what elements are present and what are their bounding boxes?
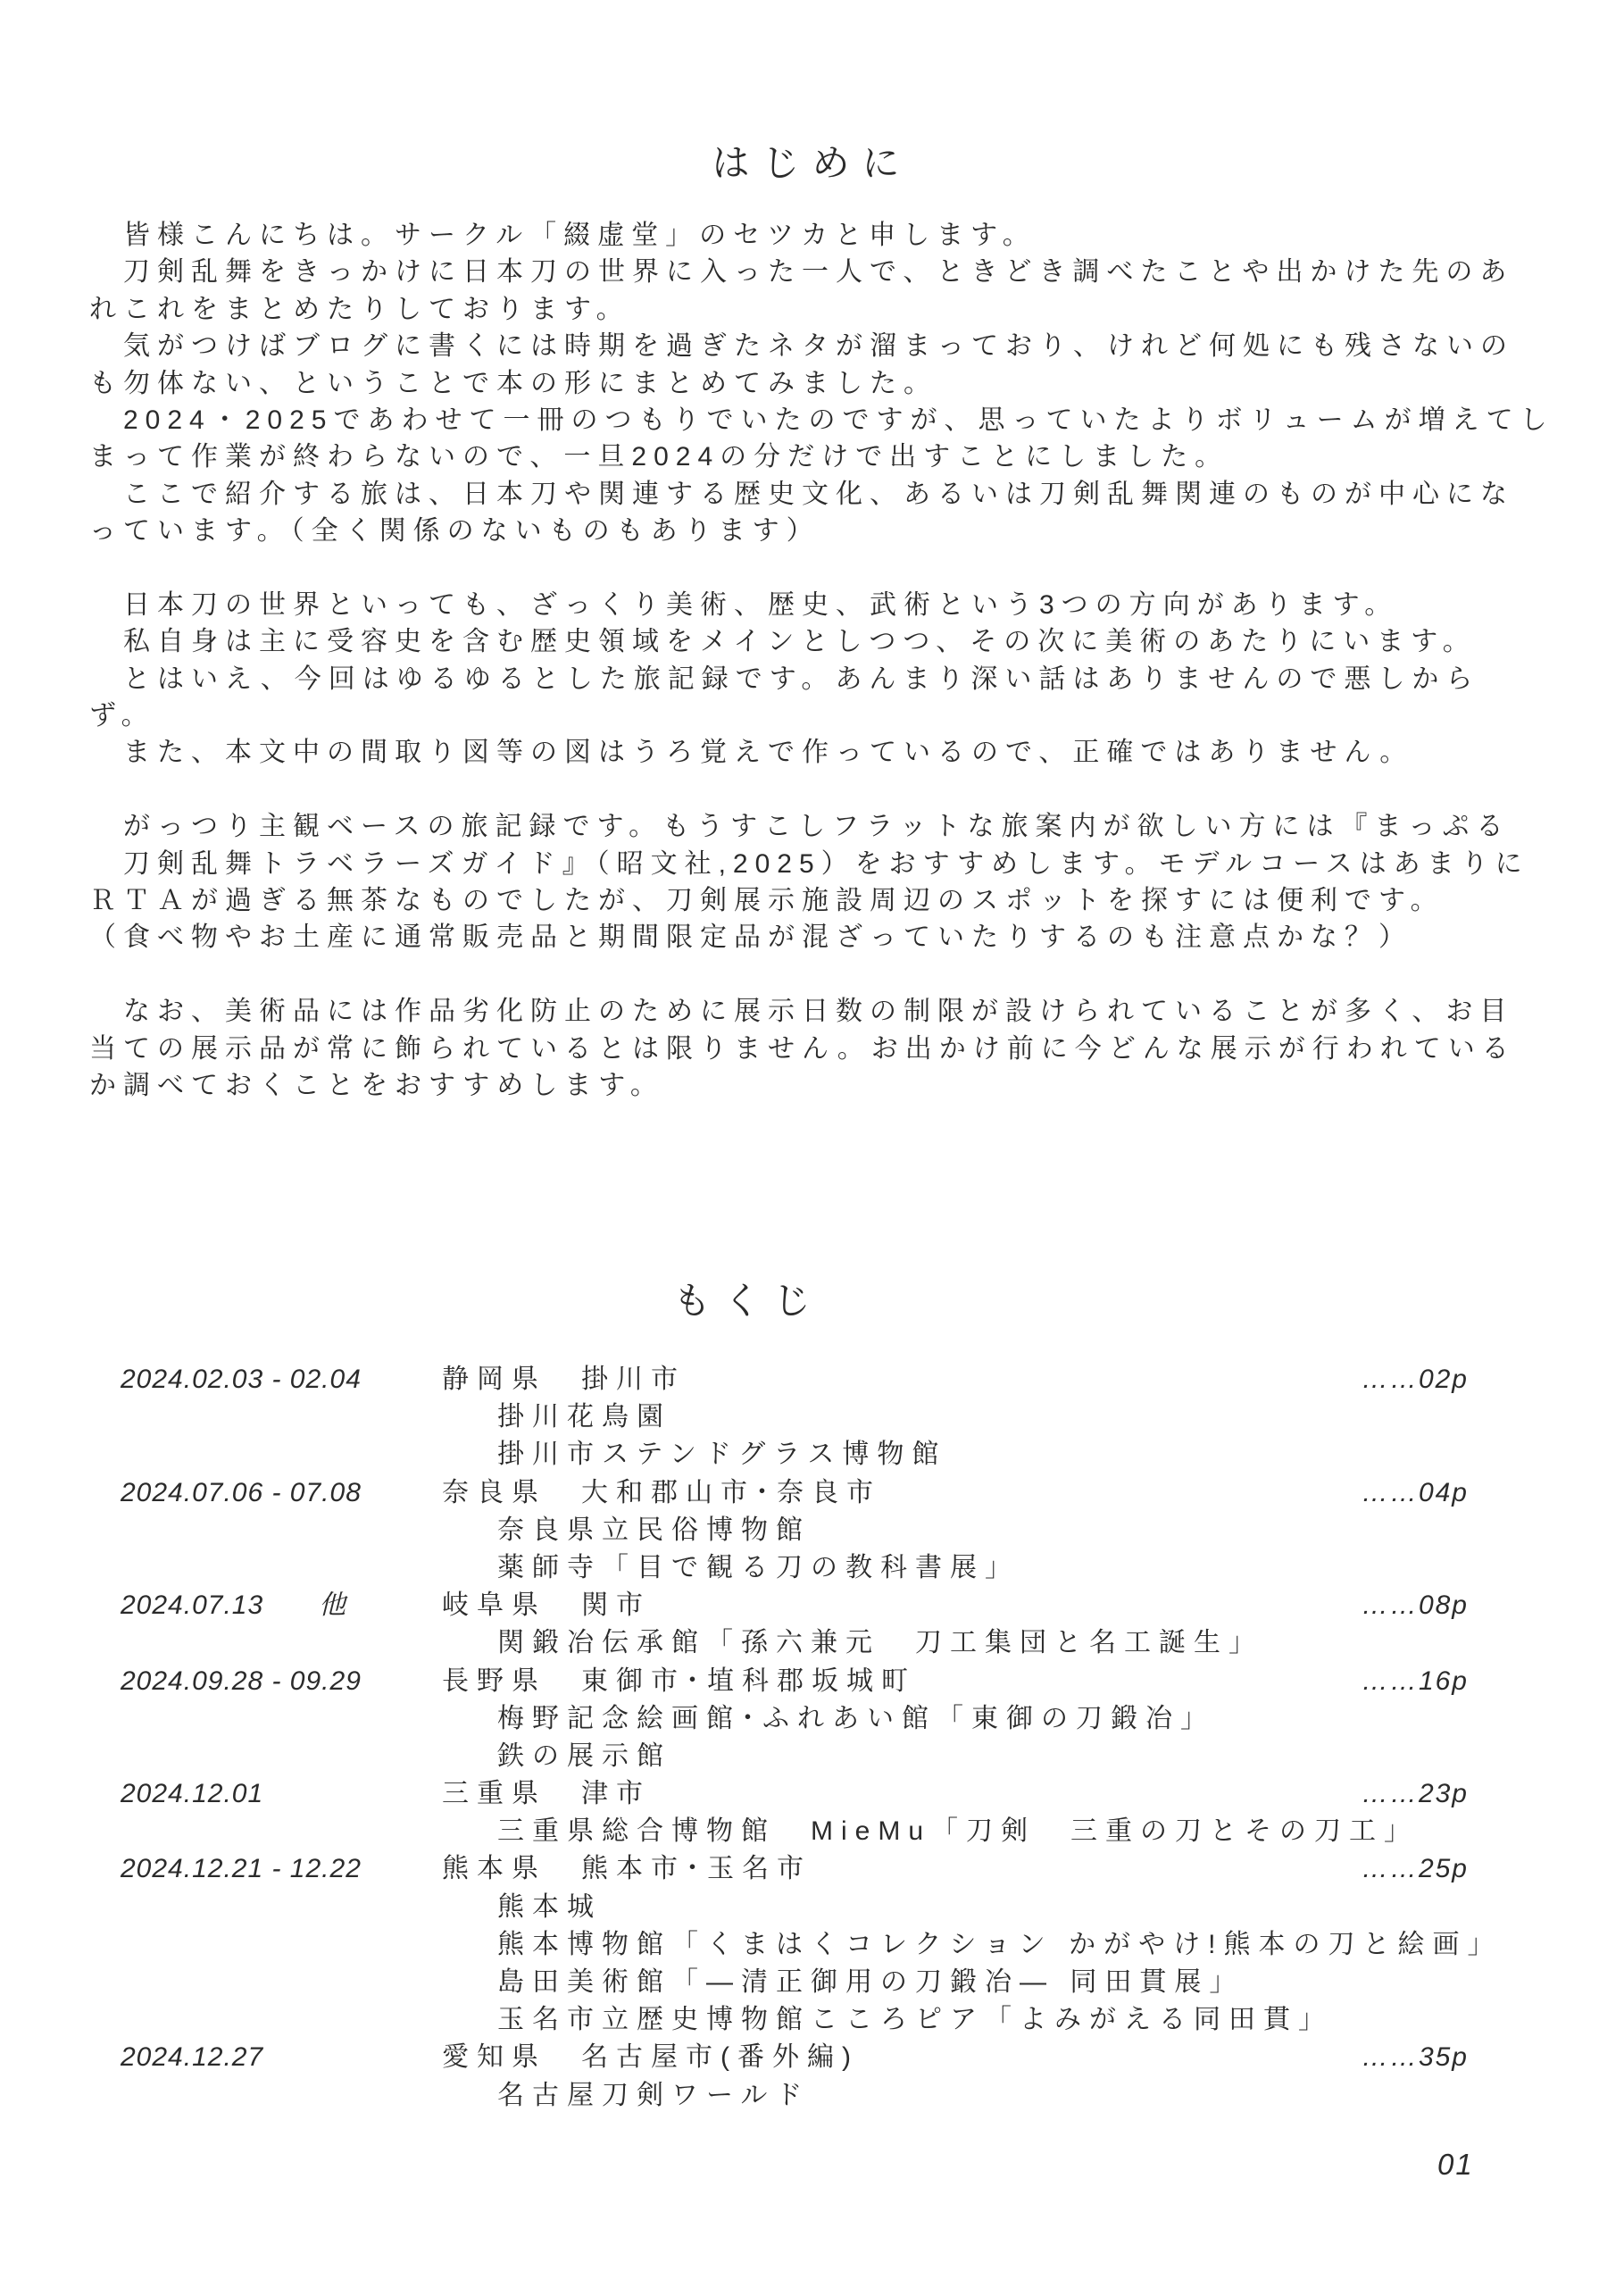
- toc-sub-row: 島田美術館「―清正御用の刀鍛冶― 同田貫展」: [0, 1964, 1624, 2001]
- toc-entry-place: 長野県 東御市･埴科郡坂城町: [442, 1663, 916, 1700]
- toc-entry-date: 2024.02.03 - 02.04: [121, 1361, 362, 1398]
- toc-entry-place: 奈良県 大和郡山市･奈良市: [442, 1474, 881, 1512]
- toc-entry-row: 2024.09.28 - 09.29長野県 東御市･埴科郡坂城町……16p: [0, 1663, 1624, 1700]
- intro-blank-line: [89, 956, 1571, 993]
- toc-sub-item: 名古屋刀剣ワールド: [497, 2077, 810, 2115]
- intro-line: も勿体ない、ということで本の形にまとめてみました。: [89, 365, 1571, 402]
- toc-sub-row: 熊本博物館「くまはくコレクション かがやけ!熊本の刀と絵画」: [0, 1926, 1624, 1964]
- toc-entry-row: 2024.02.03 - 02.04静岡県 掛川市……02p: [0, 1361, 1624, 1398]
- toc-sub-item: 奈良県立民俗博物館: [497, 1512, 811, 1549]
- toc-title: もくじ: [0, 1272, 1496, 1325]
- toc-entry-date: 2024.12.01: [121, 1775, 263, 1813]
- intro-line: 私自身は主に受容史を含む歴史領域をメインとしつつ、その次に美術のあたりにいます。: [89, 623, 1571, 660]
- toc-sub-item: 梅野記念絵画館･ふれあい館「東御の刀鍛冶」: [497, 1700, 1215, 1738]
- intro-line: 刀剣乱舞トラベラーズガイド』（昭文社,2025）をおすすめします。モデルコースは…: [89, 846, 1571, 882]
- toc-sub-row: 奈良県立民俗博物館: [0, 1512, 1624, 1549]
- toc-sub-item: 熊本城: [497, 1889, 602, 1926]
- intro-line: とはいえ、今回はゆるゆるとした旅記録です。あんまり深い話はありませんので悪しから: [89, 661, 1571, 697]
- toc-sub-row: 薬師寺「目で観る刀の教科書展」: [0, 1549, 1624, 1587]
- intro-line: ず。: [89, 697, 1571, 734]
- toc-entry-page: ……23p: [1362, 1775, 1469, 1813]
- toc-sub-item: 掛川市ステンドグラス博物館: [497, 1436, 946, 1473]
- toc-sub-item: 鉄の展示館: [497, 1738, 671, 1775]
- toc-entry-date: 2024.12.27: [121, 2039, 263, 2076]
- toc-entry-place: 愛知県 名古屋市(番外編): [442, 2039, 859, 2076]
- intro-line: なお、美術品には作品劣化防止のために展示日数の制限が設けられていることが多く、お…: [89, 993, 1571, 1030]
- toc-entry-page: ……35p: [1362, 2039, 1469, 2076]
- toc-sub-item: 島田美術館「―清正御用の刀鍛冶― 同田貫展」: [497, 1964, 1244, 2001]
- intro-line: （食べ物やお土産に通常販売品と期間限定品が混ざっていたりするのも注意点かな？）: [89, 919, 1571, 956]
- toc-entry-page: ……25p: [1362, 1850, 1469, 1888]
- toc-sub-row: 玉名市立歴史博物館こころピア「よみがえる同田貫」: [0, 2001, 1624, 2039]
- toc-entry-date: 2024.12.21 - 12.22: [121, 1850, 362, 1888]
- toc-sub-item: 三重県総合博物館 MieMu「刀剣 三重の刀とその刀工」: [497, 1813, 1419, 1850]
- toc-sub-row: 掛川花鳥園: [0, 1398, 1624, 1436]
- toc-sub-row: 梅野記念絵画館･ふれあい館「東御の刀鍛冶」: [0, 1700, 1624, 1738]
- intro-line: まって作業が終わらないので、一旦2024の分だけで出すことにしました。: [89, 438, 1571, 475]
- document-page: はじめに 皆様こんにちは。サークル「綴虚堂」のセツカと申します。 刀剣乱舞をきっ…: [0, 0, 1624, 2279]
- intro-line: 皆様こんにちは。サークル「綴虚堂」のセツカと申します。: [89, 217, 1571, 254]
- intro-line: 日本刀の世界といっても、ざっくり美術、歴史、武術という3つの方向があります。: [89, 587, 1571, 623]
- toc-sub-row: 掛川市ステンドグラス博物館: [0, 1436, 1624, 1473]
- toc-sub-row: 名古屋刀剣ワールド: [0, 2077, 1624, 2115]
- intro-line: 当ての展示品が常に飾られているとは限りません。お出かけ前に今どんな展示が行われて…: [89, 1031, 1571, 1067]
- toc-entry-place: 静岡県 掛川市: [442, 1361, 686, 1398]
- intro-line: 刀剣乱舞をきっかけに日本刀の世界に入った一人で、ときどき調べたことや出かけた先の…: [89, 254, 1571, 290]
- toc-entry-place: 三重県 津市: [442, 1775, 651, 1813]
- toc-list: 2024.02.03 - 02.04静岡県 掛川市……02p掛川花鳥園掛川市ステ…: [0, 1361, 1624, 2115]
- intro-line: 気がつけばブログに書くには時期を過ぎたネタが溜まっており、けれど何処にも残さない…: [89, 328, 1571, 364]
- toc-entry-page: ……04p: [1362, 1474, 1469, 1512]
- toc-entry-place: 岐阜県 関市: [442, 1587, 651, 1624]
- intro-line: れこれをまとめたりしております。: [89, 291, 1571, 328]
- intro-line: がっつり主観ベースの旅記録です。もうすこしフラットな旅案内が欲しい方には『まっぷ…: [89, 808, 1571, 845]
- toc-entry-row: 2024.12.27愛知県 名古屋市(番外編)……35p: [0, 2039, 1624, 2076]
- intro-line: ここで紹介する旅は、日本刀や関連する歴史文化、あるいは刀剣乱舞関連のものが中心に…: [89, 476, 1571, 513]
- toc-entry-date: 2024.07.13 他: [121, 1587, 346, 1624]
- toc-entry-date: 2024.07.06 - 07.08: [121, 1474, 362, 1512]
- toc-sub-row: 関鍛冶伝承館「孫六兼元 刀工集団と名工誕生」: [0, 1624, 1624, 1662]
- intro-title: はじめに: [0, 134, 1624, 188]
- intro-line: か調べておくことをおすすめします。: [89, 1067, 1571, 1104]
- toc-sub-item: 関鍛冶伝承館「孫六兼元 刀工集団と名工誕生」: [497, 1624, 1263, 1662]
- toc-sub-row: 鉄の展示館: [0, 1738, 1624, 1775]
- intro-line: 2024・2025であわせて一冊のつもりでいたのですが、思っていたよりボリューム…: [89, 402, 1571, 438]
- toc-entry-page: ……16p: [1362, 1663, 1469, 1700]
- toc-entry-page: ……08p: [1362, 1587, 1469, 1624]
- toc-sub-row: 三重県総合博物館 MieMu「刀剣 三重の刀とその刀工」: [0, 1813, 1624, 1850]
- intro-blank-line: [89, 550, 1571, 587]
- toc-entry-row: 2024.07.13 他岐阜県 関市……08p: [0, 1587, 1624, 1624]
- toc-sub-item: 熊本博物館「くまはくコレクション かがやけ!熊本の刀と絵画」: [497, 1926, 1502, 1964]
- toc-sub-item: 薬師寺「目で観る刀の教科書展」: [497, 1549, 1020, 1587]
- toc-entry-place: 熊本県 熊本市･玉名市: [442, 1850, 812, 1888]
- intro-body: 皆様こんにちは。サークル「綴虚堂」のセツカと申します。 刀剣乱舞をきっかけに日本…: [89, 217, 1571, 1104]
- page-number: 01: [1437, 2148, 1474, 2182]
- toc-sub-item: 掛川花鳥園: [497, 1398, 671, 1436]
- intro-line: ＲＴＡが過ぎる無茶なものでしたが、刀剣展示施設周辺のスポットを探すには便利です。: [89, 882, 1571, 919]
- toc-sub-row: 熊本城: [0, 1889, 1624, 1926]
- toc-entry-page: ……02p: [1362, 1361, 1469, 1398]
- toc-sub-item: 玉名市立歴史博物館こころピア「よみがえる同田貫」: [497, 2001, 1333, 2039]
- toc-entry-row: 2024.12.21 - 12.22熊本県 熊本市･玉名市……25p: [0, 1850, 1624, 1888]
- toc-entry-row: 2024.07.06 - 07.08奈良県 大和郡山市･奈良市……04p: [0, 1474, 1624, 1512]
- intro-blank-line: [89, 772, 1571, 808]
- toc-entry-row: 2024.12.01三重県 津市……23p: [0, 1775, 1624, 1813]
- intro-line: っています。（全く関係のないものもあります）: [89, 513, 1571, 549]
- intro-line: また、本文中の間取り図等の図はうろ覚えで作っているので、正確ではありません。: [89, 734, 1571, 771]
- toc-entry-date: 2024.09.28 - 09.29: [121, 1663, 362, 1700]
